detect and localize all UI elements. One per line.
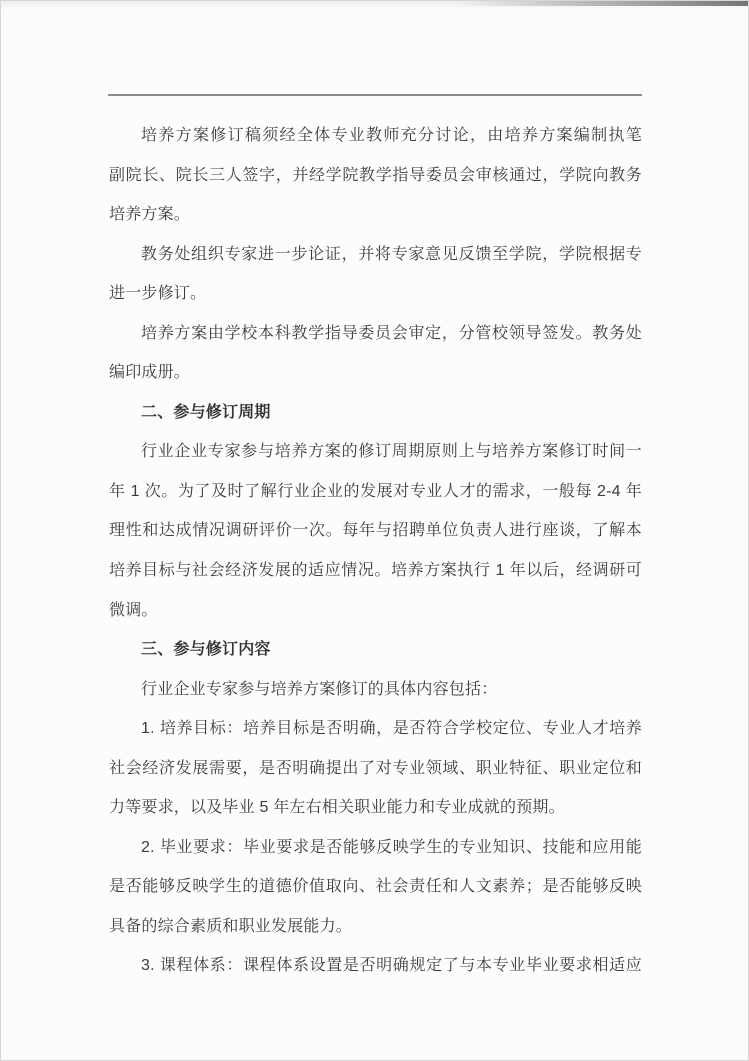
text-line: 社会经济发展需要，是否明确提出了对专业领域、职业特征、职业定位和职业能 bbox=[109, 749, 642, 789]
scan-top-shade bbox=[1, 1, 748, 10]
text-line: 培养方案由学校本科教学指导委员会审定，分管校领导签发。教务处汇总并 bbox=[109, 314, 642, 354]
scan-corner-shade bbox=[458, 1, 748, 6]
text-line: 微调。 bbox=[109, 591, 642, 631]
text-line: 编印成册。 bbox=[109, 353, 642, 393]
text-line: 具备的综合素质和职业发展能力。 bbox=[109, 907, 642, 947]
text-line: 副院长、院长三人签字，并经学院教学指导委员会审核通过，学院向教务处提交 bbox=[109, 156, 642, 196]
text-line: 培养方案。 bbox=[109, 195, 642, 235]
text-line: 3. 课程体系：课程体系设置是否明确规定了与本专业毕业要求相适应的数 bbox=[109, 946, 642, 986]
text-line: 年 1 次。为了及时了解行业企业的发展对专业人才的需求，一般每 2-4 年进行合 bbox=[109, 472, 642, 512]
text-line: 是否能够反映学生的道德价值取向、社会责任和人文素养；是否能够反映学生应 bbox=[109, 867, 642, 907]
text-line: 教务处组织专家进一步论证，并将专家意见反馈至学院，学院根据专家意见 bbox=[109, 235, 642, 275]
text-line: 力等要求，以及毕业 5 年左右相关职业能力和专业成就的预期。 bbox=[109, 788, 642, 828]
scanned-page: 培养方案修订稿须经全体专业教师充分讨论，由培养方案编制执笔人、教学副院长、院长三… bbox=[0, 0, 749, 1061]
text-line: 1. 培养目标：培养目标是否明确，是否符合学校定位、专业人才培养定位、 bbox=[109, 709, 642, 749]
section-heading-line: 三、参与修订内容 bbox=[109, 630, 642, 670]
text-line: 行业企业专家参与培养方案的修订周期原则上与培养方案修订时间一致，4 bbox=[109, 432, 642, 472]
text-line: 进一步修订。 bbox=[109, 274, 642, 314]
section-heading-line: 二、参与修订周期 bbox=[109, 393, 642, 433]
text-line: 培养方案修订稿须经全体专业教师充分讨论，由培养方案编制执笔人、教学 bbox=[109, 116, 642, 156]
document-body: 培养方案修订稿须经全体专业教师充分讨论，由培养方案编制执笔人、教学副院长、院长三… bbox=[109, 116, 642, 986]
text-line: 理性和达成情况调研评价一次。每年与招聘单位负责人进行座谈，了解本专业的 bbox=[109, 511, 642, 551]
text-line: 培养目标与社会经济发展的适应情况。培养方案执行 1 年以后，经调研可以进行 bbox=[109, 551, 642, 591]
text-line: 行业企业专家参与培养方案修订的具体内容包括： bbox=[109, 670, 642, 710]
header-rule bbox=[108, 94, 642, 96]
text-line: 2. 毕业要求：毕业要求是否能够反映学生的专业知识、技能和应用能力； bbox=[109, 828, 642, 868]
